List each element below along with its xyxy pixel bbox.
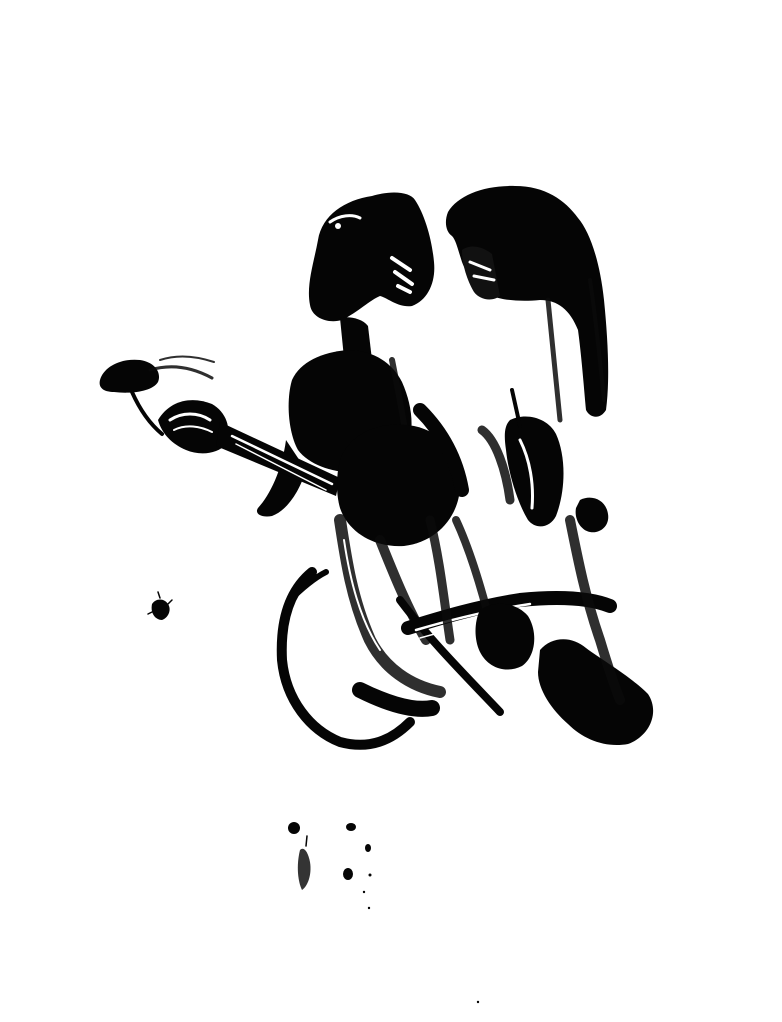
ink-painting (0, 0, 782, 1022)
ink-splatter-dots (288, 822, 479, 1003)
right-figure-head (446, 186, 608, 420)
guitar-headstock (100, 360, 159, 393)
swirling-brush-strokes (282, 520, 653, 745)
guitar (100, 356, 461, 546)
small-ink-blot (148, 592, 172, 620)
left-figure-head (309, 193, 434, 364)
